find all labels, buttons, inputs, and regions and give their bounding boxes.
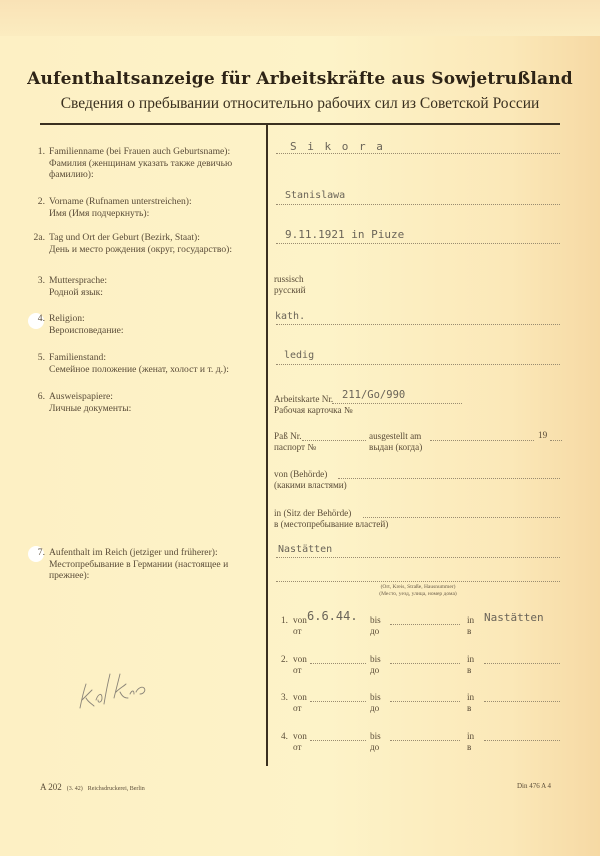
first-name-line [276, 204, 560, 205]
authority-seat-line [363, 517, 560, 518]
stay-4-number: 4. [281, 731, 288, 742]
form-date: (3. 42) [67, 786, 83, 792]
work-card-value[interactable]: 211/Go/990 [342, 389, 405, 401]
stay-4-von: von [293, 731, 307, 742]
stay-3-number: 3. [281, 692, 288, 703]
address-caption: (Ort, Kreis, Straße, Hausnummer) (Место,… [276, 584, 560, 598]
stay-1-bis: bis [370, 615, 381, 626]
stay-2-von: von [293, 654, 307, 665]
stay-3-to-line[interactable] [390, 701, 460, 702]
year-prefix: 19 [538, 430, 547, 441]
stay-1-ot: от [293, 626, 302, 637]
authority-line [338, 478, 560, 479]
first-name-value[interactable]: Stanislawa [285, 190, 345, 201]
stay-3-v: в [467, 703, 471, 714]
stay-2-do: до [370, 665, 379, 676]
field-7-label: 7.Aufenthalt im Reich (jetziger und früh… [30, 547, 265, 582]
handwritten-signature [72, 648, 152, 718]
work-card-line [332, 403, 462, 404]
authority-label-ru: (какими властями) [274, 480, 347, 491]
mother-tongue-ru: русский [274, 285, 306, 296]
stay-2-from-line[interactable] [310, 663, 366, 664]
stay-3-from-line[interactable] [310, 701, 366, 702]
stay-1-v: в [467, 626, 471, 637]
stay-2-to-line[interactable] [390, 663, 460, 664]
field-6-label: 6.Ausweispapiere: Личные документы: [30, 391, 265, 414]
religion-value[interactable]: kath. [275, 311, 305, 322]
stay-4-ot: от [293, 742, 302, 753]
authority-seat-label-de: in (Sitz der Behörde) [274, 508, 351, 519]
issued-date-line [430, 440, 534, 441]
stay-4-place-line[interactable] [484, 740, 560, 741]
authority-seat-label-ru: в (местопребывание властей) [274, 519, 388, 530]
paper-top-edge [0, 0, 600, 36]
current-residence-value[interactable]: Nastätten [278, 544, 332, 555]
stay-1-place-value[interactable]: Nastätten [484, 611, 544, 624]
stay-1-von: von [293, 615, 307, 626]
work-card-label-de: Arbeitskarte Nr. [274, 394, 333, 405]
surname-line [276, 153, 560, 154]
stay-3-von: von [293, 692, 307, 703]
passport-label-de: Paß Nr. [274, 431, 302, 442]
field-2-label: 2.Vorname (Rufnamen unterstreichen): Имя… [30, 196, 265, 219]
stay-2-in: in [467, 654, 474, 665]
stay-2-number: 2. [281, 654, 288, 665]
stay-3-bis: bis [370, 692, 381, 703]
residence-line-2 [276, 581, 560, 582]
column-divider [266, 124, 268, 766]
work-card-label-ru: Рабочая карточка № [274, 405, 353, 416]
residence-line-1 [276, 557, 560, 558]
stay-3-place-line[interactable] [484, 701, 560, 702]
title-russian: Сведения о пребывании относительно рабоч… [0, 95, 600, 113]
stay-4-v: в [467, 742, 471, 753]
stay-3-in: in [467, 692, 474, 703]
marital-status-value[interactable]: ledig [284, 350, 314, 361]
stay-2-place-line[interactable] [484, 663, 560, 664]
stay-4-from-line[interactable] [310, 740, 366, 741]
issued-label-ru: выдан (когда) [369, 442, 422, 453]
stay-4-in: in [467, 731, 474, 742]
field-2a-label: 2a.Tag und Ort der Geburt (Bezirk, Staat… [30, 232, 270, 255]
stay-4-do: до [370, 742, 379, 753]
birth-value[interactable]: 9.11.1921 in Piuze [285, 228, 404, 241]
form-number: A 202 [40, 782, 62, 792]
year-line [550, 440, 562, 441]
religion-line [276, 324, 560, 325]
authority-label-de: von (Behörde) [274, 469, 327, 480]
stay-1-number: 1. [281, 615, 288, 626]
passport-label-ru: паспорт № [274, 442, 316, 453]
issued-label-de: ausgestellt am [369, 431, 421, 442]
title-german: Aufenthaltsanzeige für Arbeitskräfte aus… [0, 69, 600, 89]
field-5-label: 5.Familienstand: Семейное положение (жен… [30, 352, 275, 375]
stay-2-v: в [467, 665, 471, 676]
stay-4-bis: bis [370, 731, 381, 742]
stay-1-do: до [370, 626, 379, 637]
footer-form-info: A 202 (3. 42) Reichsdruckerei, Berlin [40, 782, 145, 792]
stay-3-ot: от [293, 703, 302, 714]
stay-1-in: in [467, 615, 474, 626]
stay-2-bis: bis [370, 654, 381, 665]
stay-3-do: до [370, 703, 379, 714]
header-divider [40, 123, 560, 125]
mother-tongue-de: russisch [274, 274, 304, 285]
field-3-label: 3.Muttersprache: Родной язык: [30, 275, 265, 298]
printer: Reichsdruckerei, Berlin [88, 786, 145, 792]
stay-2-ot: от [293, 665, 302, 676]
stay-4-to-line[interactable] [390, 740, 460, 741]
stay-1-from-value[interactable]: 6.6.44. [307, 609, 358, 623]
marital-status-line [276, 364, 560, 365]
paper-background [0, 0, 600, 856]
field-4-label: 4.Religion: Вероисповедание: [30, 313, 265, 336]
din-format: Din 476 A 4 [517, 782, 551, 790]
surname-value[interactable]: S i k o r a [290, 140, 385, 153]
field-1-label: 1.Familienname (bei Frauen auch Geburtsn… [30, 146, 265, 181]
birth-line [276, 243, 560, 244]
stay-1-to-line [390, 624, 460, 625]
passport-number-line [302, 440, 366, 441]
